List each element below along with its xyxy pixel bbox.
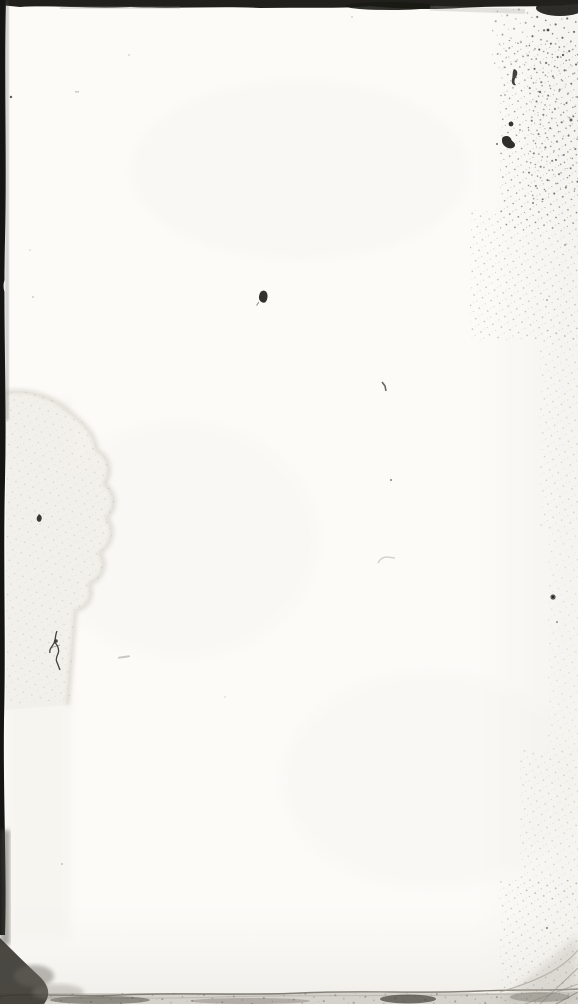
bottom-right-corner-shading bbox=[498, 880, 578, 1004]
scanned-page: Blank aged paper leaf from a scanned boo… bbox=[0, 0, 578, 1004]
scan-artwork bbox=[0, 0, 578, 1004]
